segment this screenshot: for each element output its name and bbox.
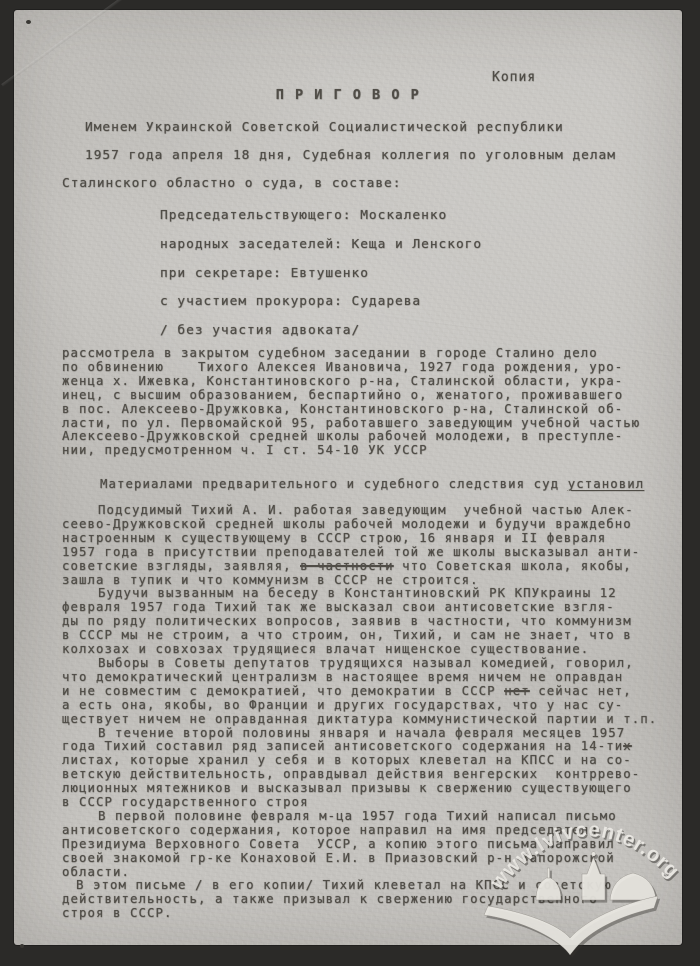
- dome-right-icon: [610, 873, 656, 900]
- court-composition-list: Председательствующего: Москаленконародны…: [160, 202, 482, 346]
- document-page: Копия П Р И Г О В О Р Именем Украинской …: [14, 10, 682, 945]
- dome-left-icon: [536, 877, 561, 900]
- body-paragraph: Выборы в Советы депутатов трудящихся наз…: [62, 657, 672, 727]
- paper-crease: [1, 0, 156, 87]
- verdict-title: П Р И Г О В О Р: [14, 87, 682, 103]
- paper-speck: [20, 944, 24, 948]
- lvivcenter-watermark: www.lvivcenter.org www.lvivcenter.org: [466, 800, 696, 966]
- established-heading: Материалами предварительного и судебного…: [100, 478, 680, 492]
- subtitle-line-date-court: 1957 года апреля 18 дня, Судебная коллег…: [85, 148, 616, 163]
- spire-ball-icon: [591, 852, 596, 857]
- scanned-document-photo: Копия П Р И Г О В О Р Именем Украинской …: [0, 0, 700, 966]
- tower-spire-icon: [582, 857, 605, 900]
- body-paragraph: Будучи вызванным на беседу в Константино…: [62, 587, 672, 657]
- open-book-icon: [484, 896, 658, 955]
- body-paragraph: В течение второй половины января и начал…: [62, 727, 672, 810]
- subtitle-line-republic: Именем Украинской Советской Социалистиче…: [85, 120, 564, 135]
- copy-label: Копия: [492, 70, 536, 85]
- case-intro-paragraph: рассмотрела в закрытом судебном заседани…: [62, 347, 672, 458]
- paper-speck: [26, 20, 31, 24]
- subtitle-line-oblast-court: Сталинского областно о суда, в составе:: [62, 176, 401, 191]
- dome-finial-icon: [547, 868, 549, 878]
- body-paragraph: Подсудимый Тихий А. И. работая заведующи…: [62, 504, 672, 587]
